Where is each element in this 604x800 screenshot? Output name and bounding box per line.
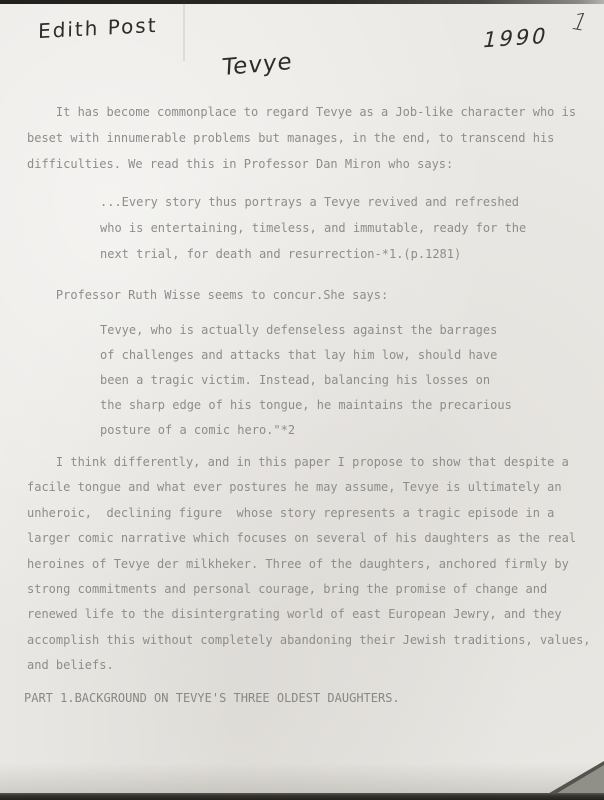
typed-line: ...Every story thus portrays a Tevye rev… — [100, 189, 526, 215]
typed-line: It has become commonplace to regard Tevy… — [27, 99, 576, 125]
typed-line: accomplish this without completely aband… — [27, 628, 591, 653]
typed-line: difficulties. We read this in Professor … — [27, 151, 576, 177]
handwritten-year: 1990 — [480, 24, 550, 53]
typed-line: larger comic narrative which focuses on … — [27, 526, 591, 551]
typed-line: Tevye, who is actually defenseless again… — [100, 318, 512, 343]
typed-line: I think differently, and in this paper I… — [27, 450, 591, 475]
paper-wrinkle-shading — [0, 763, 604, 793]
typed-line: Professor Ruth Wisse seems to concur.She… — [27, 282, 388, 308]
typed-line: posture of a comic hero."*2 — [100, 418, 512, 443]
typed-line: strong commitments and personal courage,… — [27, 577, 591, 602]
folded-corner — [554, 765, 604, 795]
handwritten-page-number: 1 — [567, 7, 593, 36]
typed-paragraph-wisse-lead: Professor Ruth Wisse seems to concur.She… — [27, 282, 388, 308]
typed-paragraph-intro: It has become commonplace to regard Tevy… — [27, 99, 576, 177]
scanned-typescript-page: Edith Post 1 1990 Tevye It has become co… — [0, 0, 604, 800]
typed-line: next trial, for death and resurrection-*… — [100, 241, 526, 267]
typed-paragraph-thesis: I think differently, and in this paper I… — [27, 450, 591, 679]
typed-line: renewed life to the disintergrating worl… — [27, 602, 591, 627]
block-quote-wisse: Tevye, who is actually defenseless again… — [100, 318, 512, 443]
scan-bottom-edge — [0, 793, 604, 800]
typed-line: facile tongue and what ever postures he … — [27, 475, 591, 500]
section-heading-part1: PART 1.BACKGROUND ON TEVYE'S THREE OLDES… — [24, 686, 400, 711]
typed-line: the sharp edge of his tongue, he maintai… — [100, 393, 512, 418]
typed-line: unheroic, declining figure whose story r… — [27, 501, 591, 526]
typed-line: and beliefs. — [27, 653, 591, 678]
block-quote-miron: ...Every story thus portrays a Tevye rev… — [100, 189, 526, 267]
typed-line: who is entertaining, timeless, and immut… — [100, 215, 526, 241]
handwritten-author-name: Edith Post — [38, 13, 158, 43]
handwritten-essay-title: Tevye — [221, 49, 293, 81]
typed-line: beset with innumerable problems but mana… — [27, 125, 576, 151]
paper-crease — [183, 3, 185, 61]
typed-line: heroines of Tevye der milkheker. Three o… — [27, 552, 591, 577]
scan-top-edge — [0, 0, 604, 4]
typed-line: been a tragic victim. Instead, balancing… — [100, 368, 512, 393]
typed-line: of challenges and attacks that lay him l… — [100, 343, 512, 368]
